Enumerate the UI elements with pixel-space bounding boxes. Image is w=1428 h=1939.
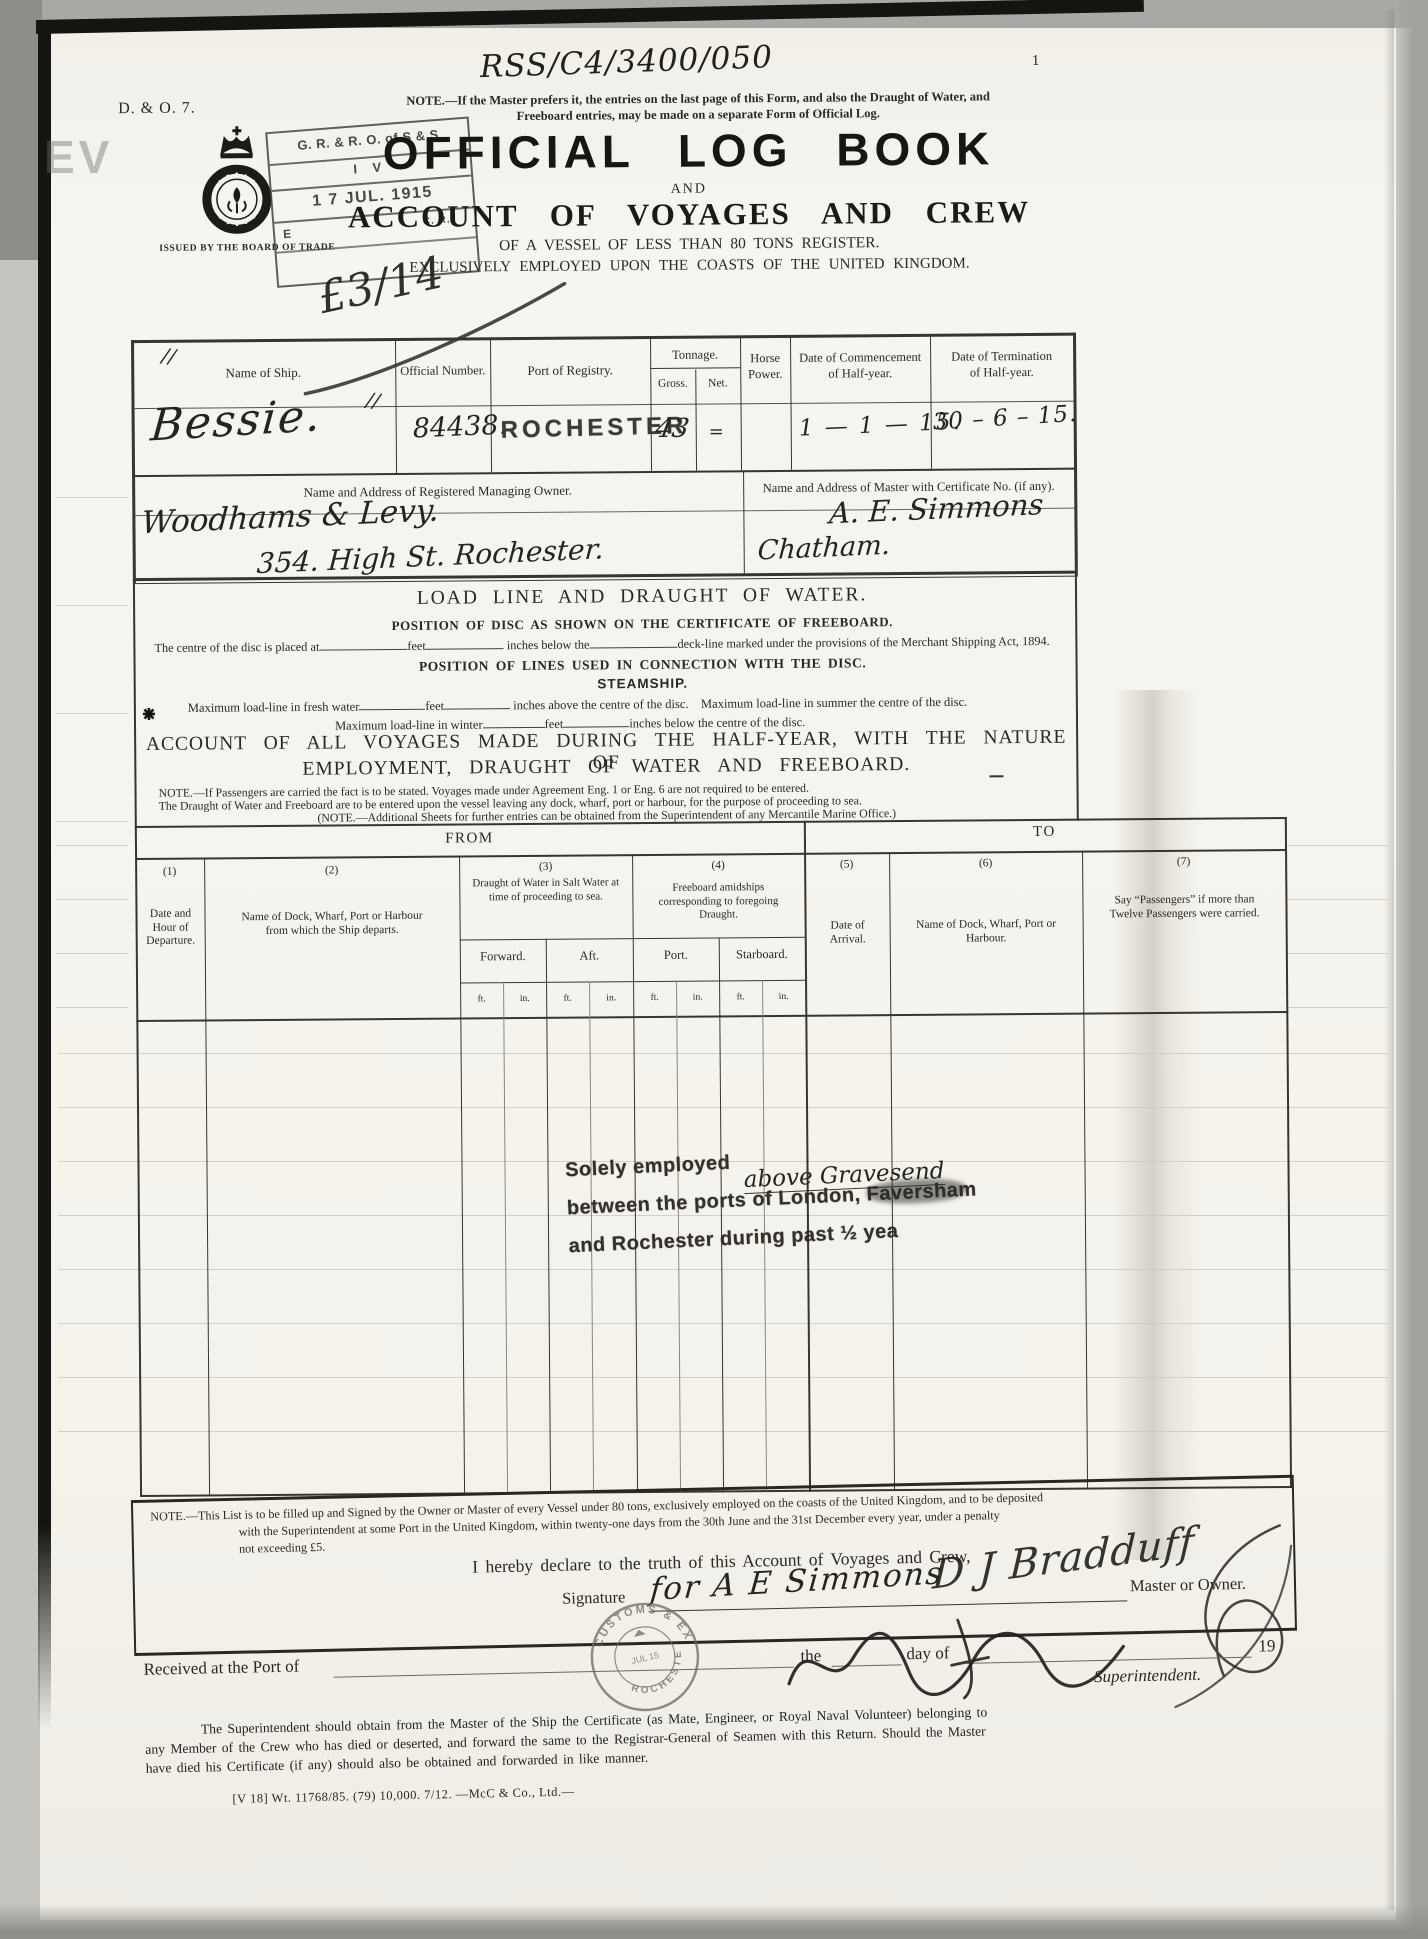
scanned-document: EV RSS/C4/3400/050 1 D. & O. 7. NOTE.—If…	[0, 0, 1428, 1939]
declaration-and-receipt: NOTE.—This List is to be filled up and S…	[0, 0, 1428, 1939]
superintendent-signature	[773, 1605, 1175, 1714]
received-label: Received at the Port of	[143, 1656, 299, 1679]
blank-line	[334, 1667, 794, 1678]
printers-code: [V 18] Wt. 11768/85. (79) 10,000. 7/12. …	[232, 1784, 574, 1806]
customs-stamp-date: JUL 15	[630, 1650, 660, 1666]
declaration-note-3: not exceeding £5.	[239, 1540, 326, 1557]
year-prefix: 19	[1258, 1636, 1275, 1656]
